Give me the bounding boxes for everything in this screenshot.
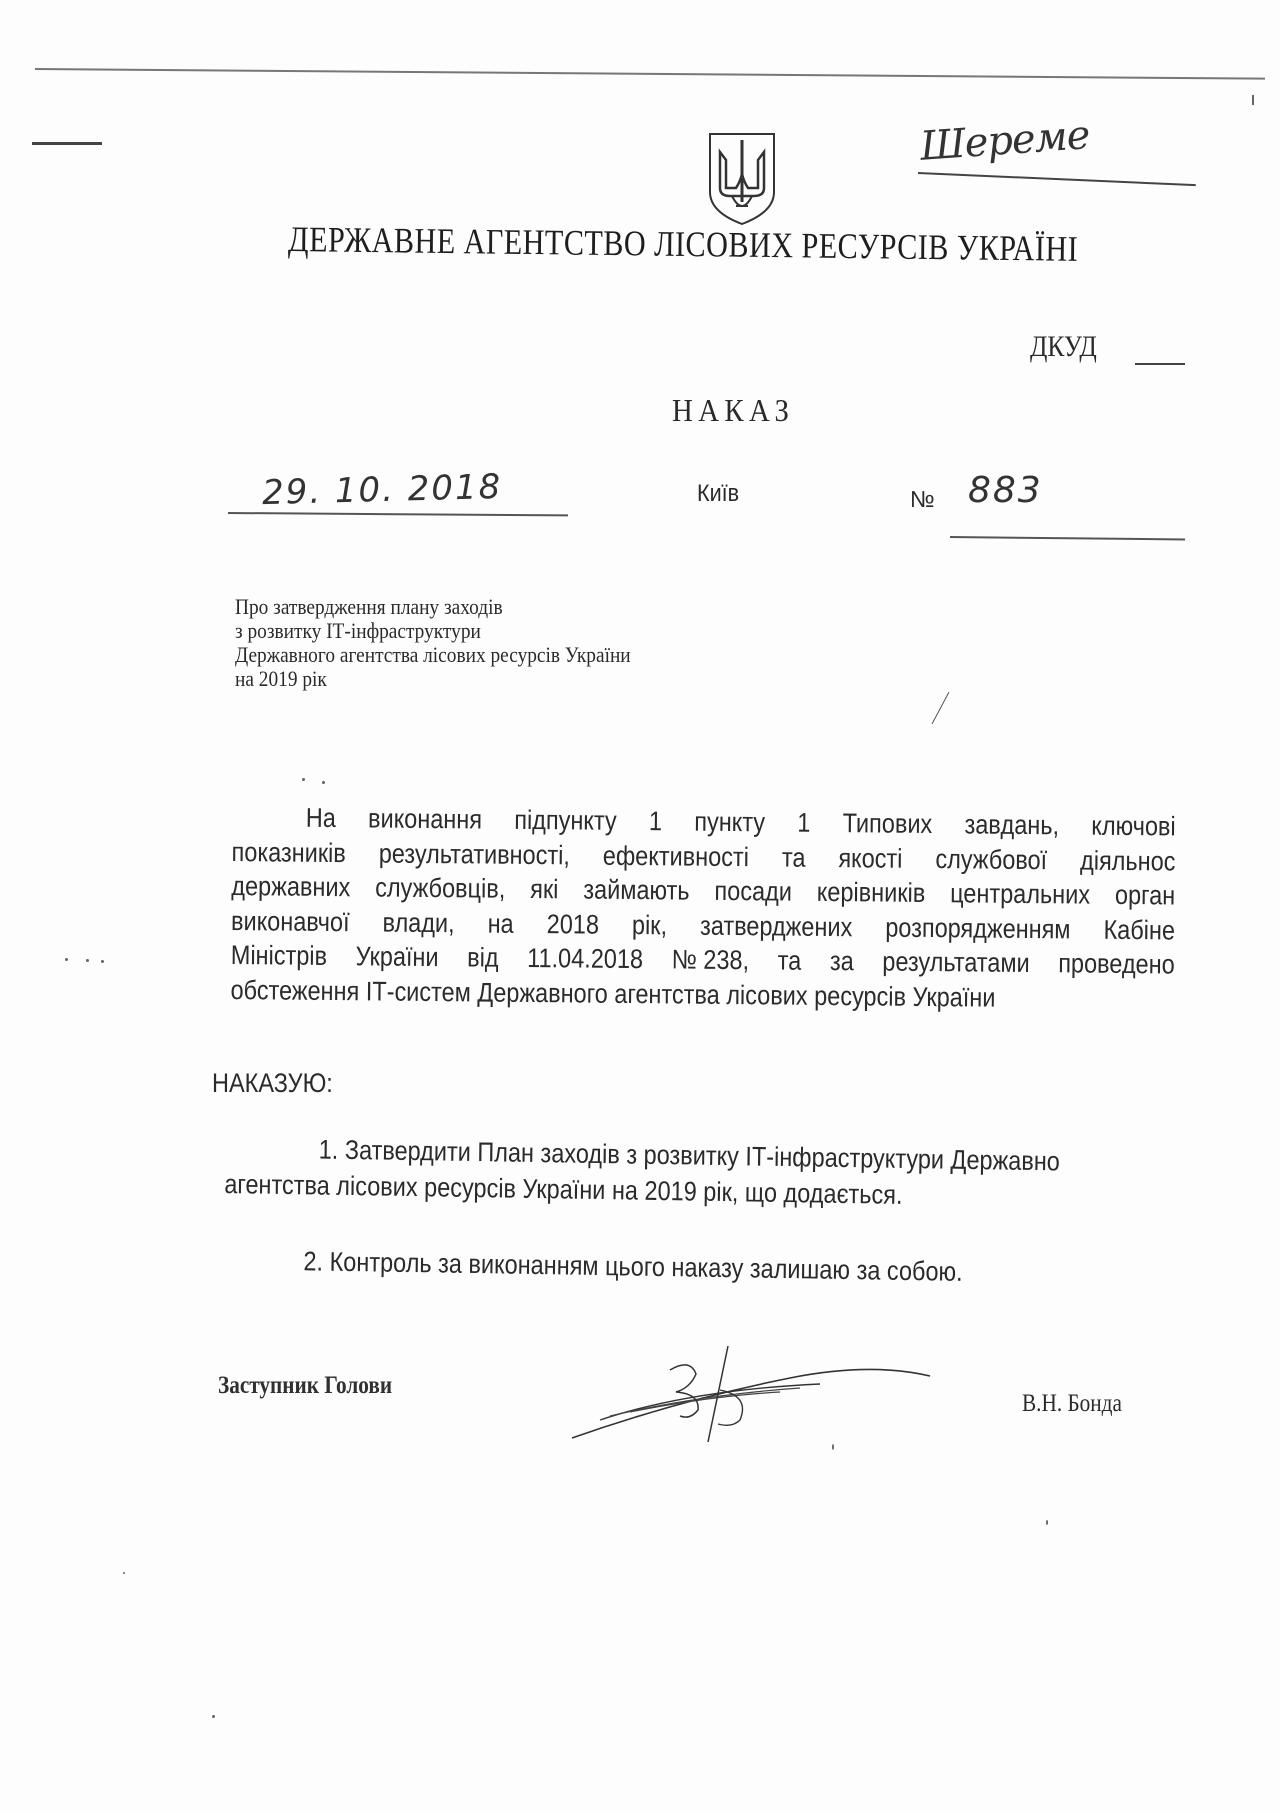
number-underline [950,536,1185,540]
scan-speck [1046,1520,1048,1525]
scan-speck [322,781,325,784]
order-items: 1. Затвердити План заходів з розвитку ІТ… [223,1130,1060,1291]
dkud-label: ДКУД [1030,330,1097,364]
number-sign: № [910,486,935,513]
scan-speck [1252,95,1254,105]
dkud-blank-line [1135,363,1185,365]
item-number: 1. [319,1135,339,1165]
trident-crest-icon [706,130,778,226]
order-verb: НАКАЗУЮ: [212,1068,333,1099]
date-underline [228,512,568,516]
preamble-paragraph: Навиконанняпідпункту1пункту1Типовихзавда… [230,800,1136,1016]
signer-name: В.Н. Бонда [1022,1390,1122,1418]
subject-line: Про затвердження плану заходів [235,595,631,619]
scan-edge-mark [32,142,102,145]
subject-line: з розвитку ІТ-інфраструктури [235,619,631,643]
scan-speck [123,1572,125,1574]
subject-line: на 2019 рік [235,667,631,691]
scan-speck [86,959,89,962]
item-number: 2. [303,1246,323,1276]
order-title: НАКАЗ [672,392,794,429]
scan-speck [832,1444,834,1450]
order-city: Київ [697,480,739,508]
subject-line: Державного агентства лісових ресурсів Ук… [235,643,631,667]
signer-title: Заступник Голови [218,1372,392,1400]
agency-title: ДЕРЖАВНЕ АГЕНТСТВО ЛІСОВИХ РЕСУРСІВ УКРА… [288,218,1078,270]
signature-mark [540,1340,960,1450]
resolution-underline [918,172,1196,186]
scan-speck [302,778,305,781]
scan-edge-line [35,68,1265,80]
pen-stroke-mark [932,692,950,724]
order-subject: Про затвердження плану заходів з розвитк… [235,595,631,691]
scan-speck [101,960,104,963]
scan-speck [212,1715,215,1718]
order-number: 883 [968,470,1043,511]
order-date: 29. 10. 2018 [262,467,503,513]
order-item-2: 2. Контроль за виконанням цього наказу з… [223,1242,1059,1291]
scan-speck [65,958,68,961]
item-text: Контроль за виконанням цього наказу зали… [329,1247,962,1287]
handwritten-resolution: Шереме [919,112,1091,170]
